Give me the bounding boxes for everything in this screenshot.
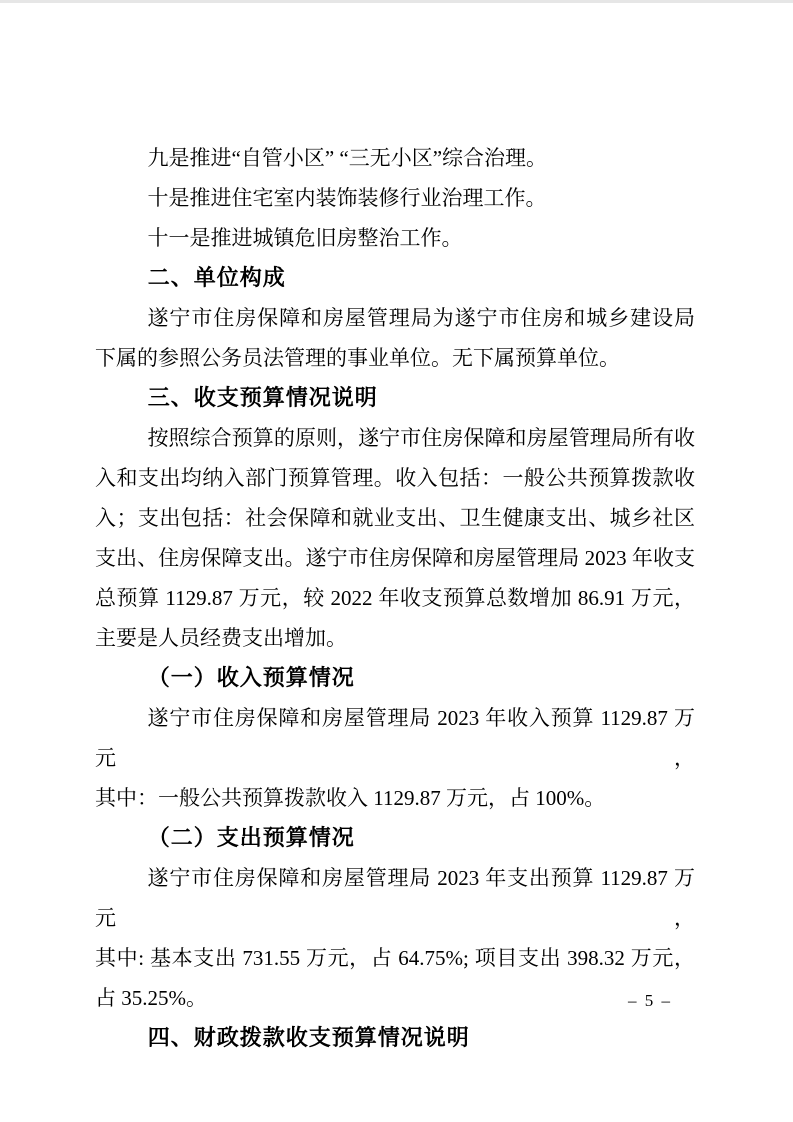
- page-number: – 5 –: [600, 991, 700, 1011]
- budget-paragraph-line: 支出、住房保障支出。遂宁市住房保障和房屋管理局 2023 年收支: [95, 538, 695, 578]
- expense-paragraph-line: 其中: 基本支出 731.55 万元，占 64.75%; 项目支出 398.32…: [95, 938, 695, 978]
- point-line-11: 十一是推进城镇危旧房整治工作。: [95, 218, 695, 258]
- unit-paragraph-line: 下属的参照公务员法管理的事业单位。无下属预算单位。: [95, 338, 695, 378]
- expense-paragraph-line: 遂宁市住房保障和房屋管理局 2023 年支出预算 1129.87 万元，: [95, 858, 695, 938]
- budget-paragraph-line: 主要是人员经费支出增加。: [95, 618, 695, 658]
- document-body: 九是推进“自管小区” “三无小区”综合治理。 十是推进住宅室内装饰装修行业治理工…: [95, 138, 695, 1058]
- heading-fiscal-appropriation: 四、财政拨款收支预算情况说明: [95, 1018, 695, 1058]
- budget-paragraph-line: 按照综合预算的原则，遂宁市住房保障和房屋管理局所有收: [95, 418, 695, 458]
- heading-unit-composition: 二、单位构成: [95, 258, 695, 298]
- point-line-9: 九是推进“自管小区” “三无小区”综合治理。: [95, 138, 695, 178]
- income-paragraph-line: 遂宁市住房保障和房屋管理局 2023 年收入预算 1129.87 万元，: [95, 698, 695, 778]
- document-page: 九是推进“自管小区” “三无小区”综合治理。 十是推进住宅室内装饰装修行业治理工…: [0, 0, 793, 1122]
- unit-paragraph-line: 遂宁市住房保障和房屋管理局为遂宁市住房和城乡建设局: [95, 298, 695, 338]
- heading-budget-overview: 三、收支预算情况说明: [95, 378, 695, 418]
- heading-expense-budget: （二）支出预算情况: [95, 818, 695, 858]
- budget-paragraph-line: 入和支出均纳入部门预算管理。收入包括：一般公共预算拨款收: [95, 458, 695, 498]
- budget-paragraph-line: 总预算 1129.87 万元，较 2022 年收支预算总数增加 86.91 万元…: [95, 578, 695, 618]
- point-line-10: 十是推进住宅室内装饰装修行业治理工作。: [95, 178, 695, 218]
- budget-paragraph-line: 入；支出包括：社会保障和就业支出、卫生健康支出、城乡社区: [95, 498, 695, 538]
- income-paragraph-line: 其中：一般公共预算拨款收入 1129.87 万元，占 100%。: [95, 778, 695, 818]
- page-top-edge: [0, 0, 793, 3]
- heading-income-budget: （一）收入预算情况: [95, 658, 695, 698]
